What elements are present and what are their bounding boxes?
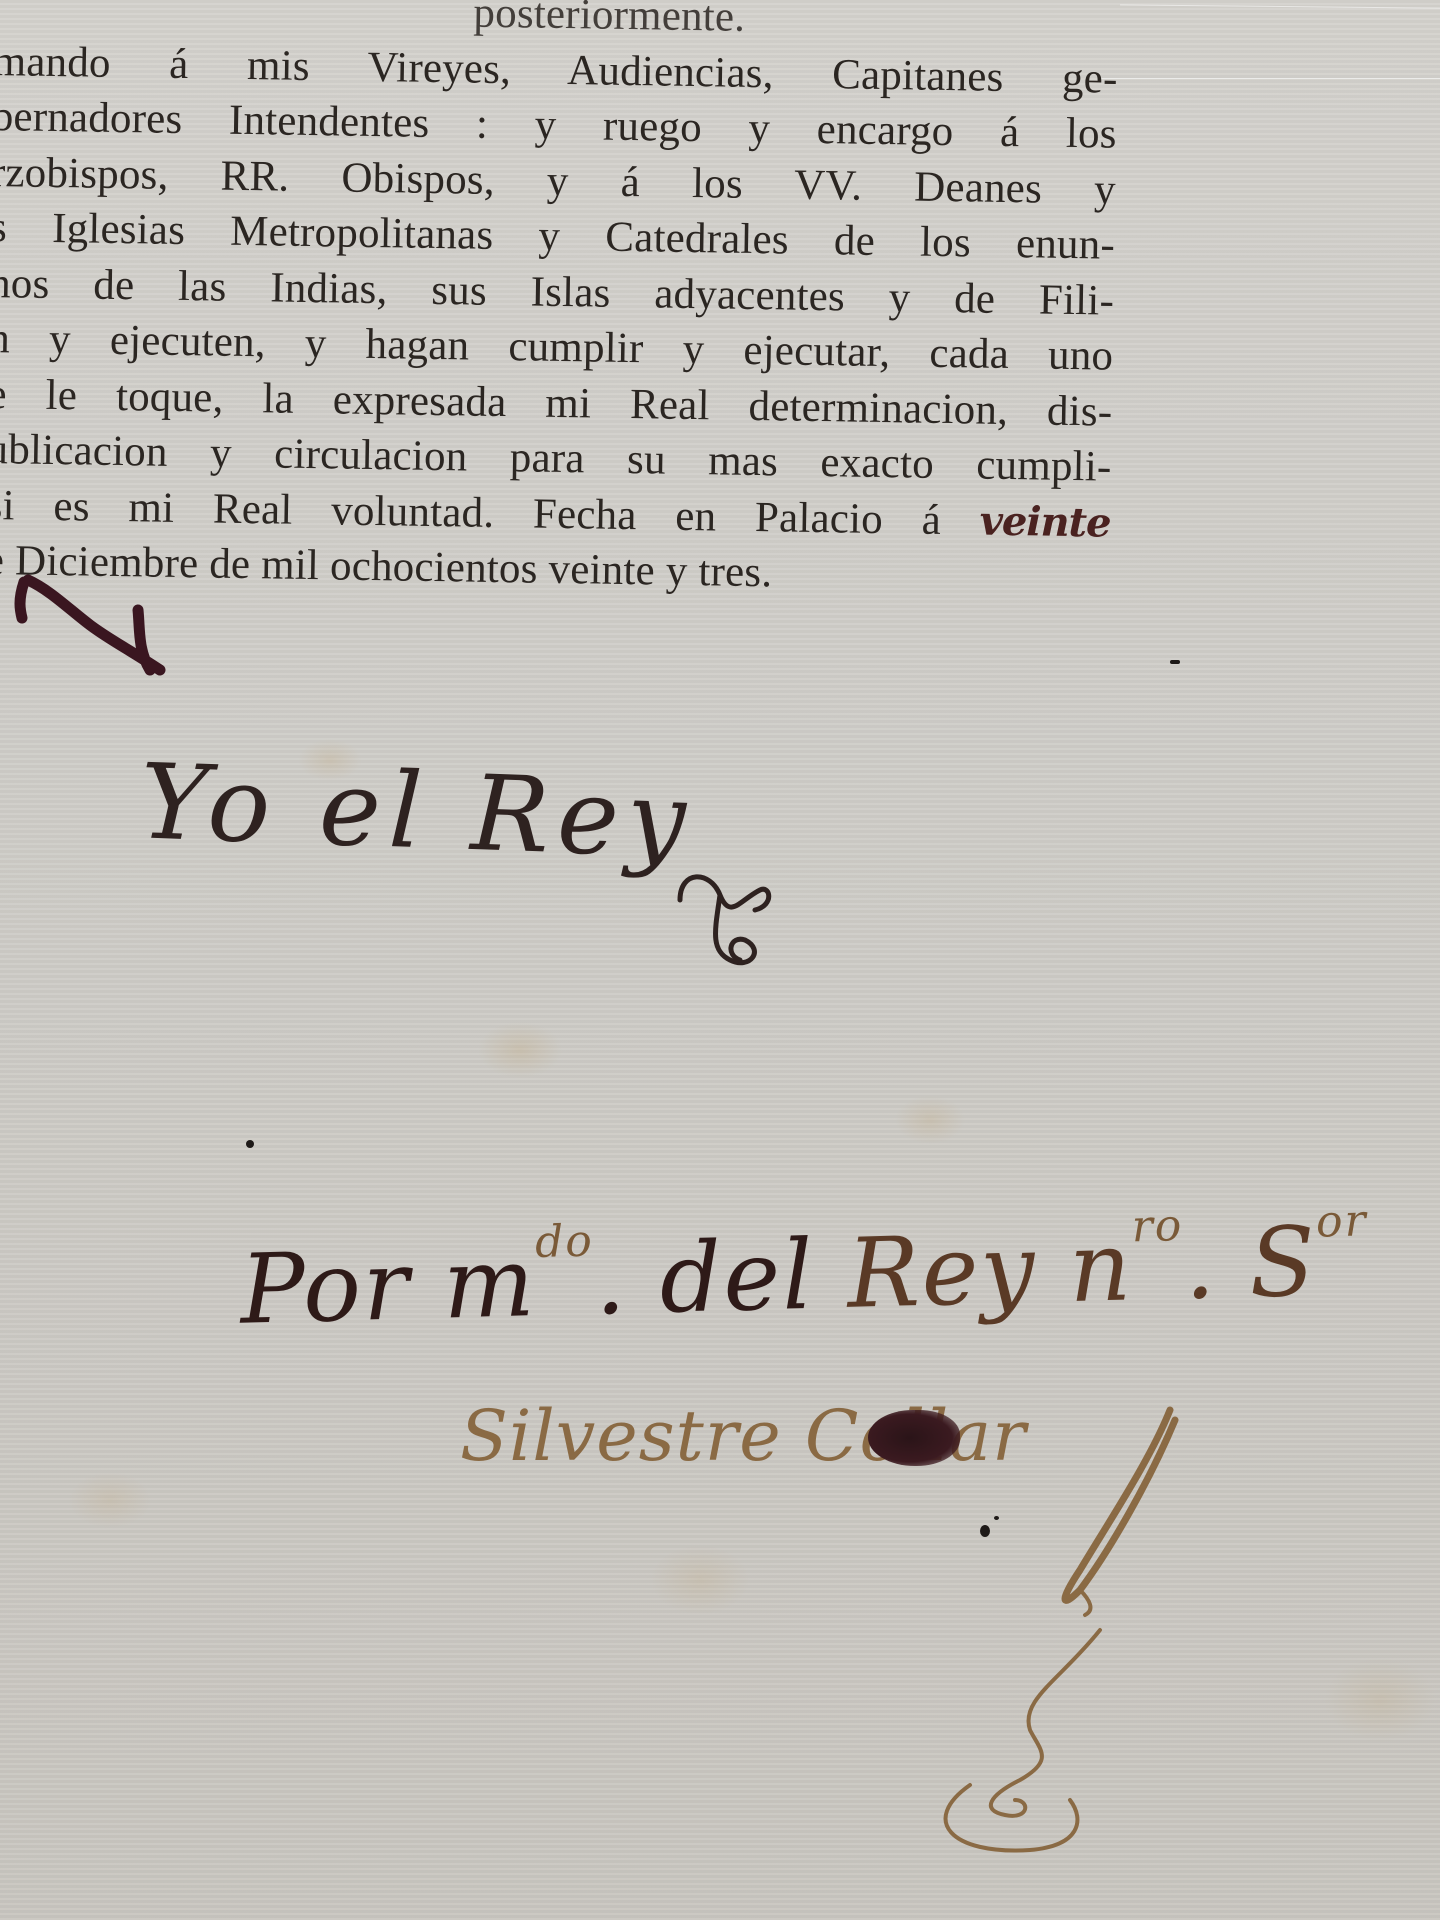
fold-crease bbox=[1100, 78, 1440, 79]
order-sup-or: or bbox=[1315, 1195, 1368, 1247]
king-rubric-flourish bbox=[670, 860, 780, 980]
order-sup-do: do bbox=[534, 1216, 594, 1269]
king-signature: Yo el Rey bbox=[138, 740, 696, 881]
ink-stroke-mark bbox=[10, 570, 170, 690]
order-sup-ro: ro bbox=[1131, 1200, 1184, 1252]
secretary-rubric-flourish bbox=[880, 1400, 1180, 1860]
ink-speck bbox=[246, 1140, 254, 1148]
ink-speck bbox=[1170, 660, 1180, 664]
order-text-del: . del bbox=[593, 1219, 816, 1337]
ink-speck bbox=[994, 1516, 999, 1520]
order-text-rey: Rey n bbox=[813, 1210, 1134, 1330]
manuscript-date-insert: veinte bbox=[979, 497, 1111, 546]
printed-line-text: si es mi Real voluntad. Fecha en Palacio… bbox=[0, 481, 941, 543]
order-text-por: Por m bbox=[239, 1226, 538, 1346]
ink-speck bbox=[980, 1525, 990, 1537]
printed-decree-text: posteriormente. mando á mis Vireyes, Aud… bbox=[0, 0, 1119, 606]
order-text-sor: . S bbox=[1183, 1206, 1319, 1321]
